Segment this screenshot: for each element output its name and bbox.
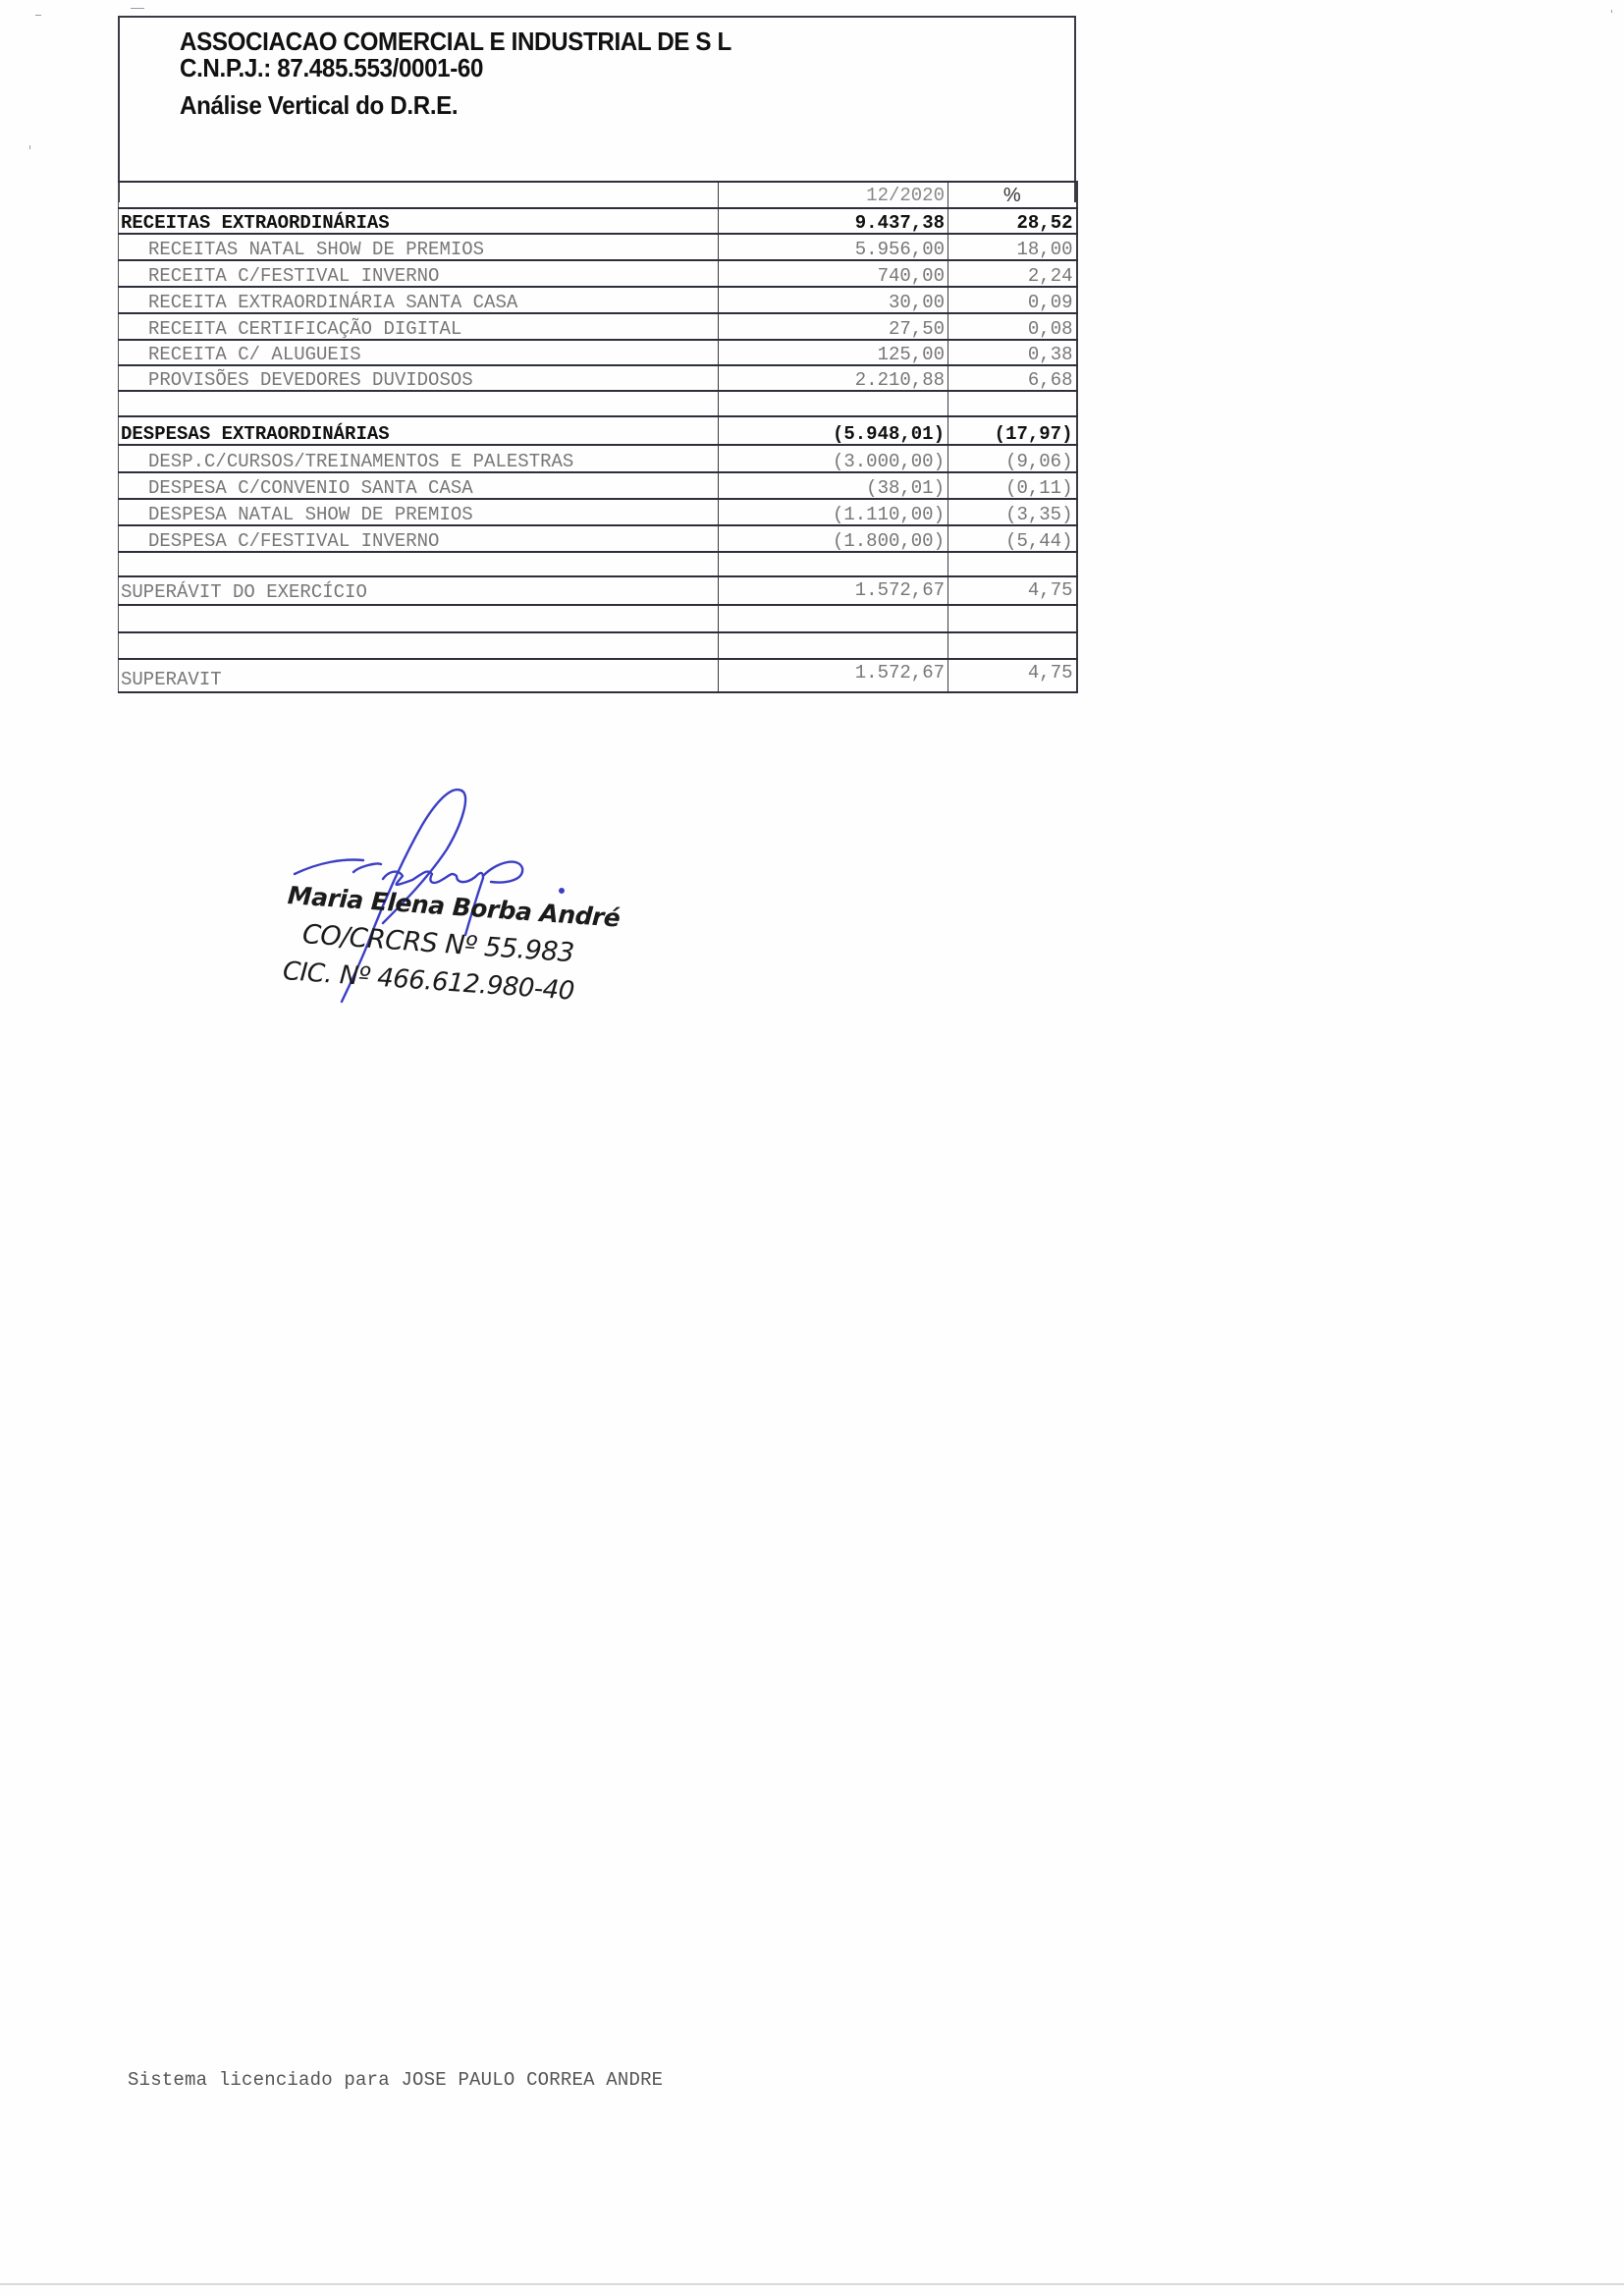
row-value: 9.437,38 (719, 208, 948, 234)
row-percent: 6,68 (948, 365, 1077, 391)
table-row: RECEITA C/FESTIVAL INVERNO740,002,24 (119, 260, 1077, 287)
row-label: DESP.C/CURSOS/TREINAMENTOS E PALESTRAS (119, 445, 719, 472)
row-label: DESPESAS EXTRAORDINÁRIAS (119, 416, 719, 445)
row-percent: 2,24 (948, 260, 1077, 287)
row-percent: (9,06) (948, 445, 1077, 472)
row-value: 125,00 (719, 340, 948, 365)
company-cnpj: C.N.P.J.: 87.485.553/0001-60 (180, 53, 483, 83)
row-label (119, 552, 719, 576)
row-percent: (17,97) (948, 416, 1077, 445)
row-label: RECEITA C/FESTIVAL INVERNO (119, 260, 719, 287)
row-value: (1.800,00) (719, 525, 948, 552)
row-percent: 0,09 (948, 287, 1077, 313)
column-header-period: 12/2020 (719, 182, 948, 208)
row-label: SUPERAVIT (119, 659, 719, 692)
row-label: RECEITA C/ ALUGUEIS (119, 340, 719, 365)
table-header-row: 12/2020 % (119, 182, 1077, 208)
row-percent: (0,11) (948, 472, 1077, 499)
row-label: PROVISÕES DEVEDORES DUVIDOSOS (119, 365, 719, 391)
row-value: 740,00 (719, 260, 948, 287)
scan-edge-line (0, 2283, 1624, 2285)
row-percent: 0,08 (948, 313, 1077, 340)
row-percent: (5,44) (948, 525, 1077, 552)
table-spacer-row (119, 552, 1077, 576)
dre-vertical-analysis-table: 12/2020 % RECEITAS EXTRAORDINÁRIAS9.437,… (118, 181, 1078, 693)
row-label: RECEITAS EXTRAORDINÁRIAS (119, 208, 719, 234)
table-row: SUPERAVIT1.572,674,75 (119, 659, 1077, 692)
scan-artifact (1611, 10, 1612, 13)
row-label (119, 605, 719, 632)
table-spacer-row (119, 632, 1077, 659)
row-percent (948, 605, 1077, 632)
table-row: DESPESA NATAL SHOW DE PREMIOS(1.110,00)(… (119, 499, 1077, 525)
license-footer: Sistema licenciado para JOSE PAULO CORRE… (128, 2069, 663, 2091)
row-value: 30,00 (719, 287, 948, 313)
row-label: DESPESA C/FESTIVAL INVERNO (119, 525, 719, 552)
column-header-percent: % (948, 182, 1077, 208)
row-percent: 28,52 (948, 208, 1077, 234)
row-label: SUPERÁVIT DO EXERCÍCIO (119, 576, 719, 605)
scan-artifact (29, 145, 30, 149)
row-value: 1.572,67 (719, 659, 948, 692)
table-row: RECEITAS EXTRAORDINÁRIAS9.437,3828,52 (119, 208, 1077, 234)
table-row: DESPESA C/FESTIVAL INVERNO(1.800,00)(5,4… (119, 525, 1077, 552)
column-header-label (119, 182, 719, 208)
scan-artifact (35, 15, 41, 16)
row-percent (948, 552, 1077, 576)
row-label: RECEITA CERTIFICAÇÃO DIGITAL (119, 313, 719, 340)
row-value (719, 605, 948, 632)
row-percent: 4,75 (948, 659, 1077, 692)
row-value: 27,50 (719, 313, 948, 340)
table-spacer-row (119, 391, 1077, 416)
row-value (719, 391, 948, 416)
row-value: 1.572,67 (719, 576, 948, 605)
table-row: RECEITA EXTRAORDINÁRIA SANTA CASA30,000,… (119, 287, 1077, 313)
row-label: DESPESA NATAL SHOW DE PREMIOS (119, 499, 719, 525)
table-row: RECEITAS NATAL SHOW DE PREMIOS5.956,0018… (119, 234, 1077, 260)
row-percent: 0,38 (948, 340, 1077, 365)
row-percent (948, 391, 1077, 416)
row-label: RECEITAS NATAL SHOW DE PREMIOS (119, 234, 719, 260)
document-page: ASSOCIACAO COMERCIAL E INDUSTRIAL DE S L… (0, 0, 1624, 2296)
row-percent: 18,00 (948, 234, 1077, 260)
row-value: (38,01) (719, 472, 948, 499)
row-value: 2.210,88 (719, 365, 948, 391)
row-percent (948, 632, 1077, 659)
scan-artifact (131, 8, 144, 9)
table-row: PROVISÕES DEVEDORES DUVIDOSOS2.210,886,6… (119, 365, 1077, 391)
table-row: DESPESAS EXTRAORDINÁRIAS(5.948,01)(17,97… (119, 416, 1077, 445)
table-row: DESPESA C/CONVENIO SANTA CASA(38,01)(0,1… (119, 472, 1077, 499)
table-row: RECEITA CERTIFICAÇÃO DIGITAL27,500,08 (119, 313, 1077, 340)
row-value (719, 632, 948, 659)
row-value: (3.000,00) (719, 445, 948, 472)
table-row: RECEITA C/ ALUGUEIS125,000,38 (119, 340, 1077, 365)
row-label: RECEITA EXTRAORDINÁRIA SANTA CASA (119, 287, 719, 313)
row-value (719, 552, 948, 576)
report-title: Análise Vertical do D.R.E. (180, 90, 458, 121)
row-value: (1.110,00) (719, 499, 948, 525)
row-label (119, 632, 719, 659)
table-row: DESP.C/CURSOS/TREINAMENTOS E PALESTRAS(3… (119, 445, 1077, 472)
table-spacer-row (119, 605, 1077, 632)
row-percent: (3,35) (948, 499, 1077, 525)
row-label (119, 391, 719, 416)
row-value: (5.948,01) (719, 416, 948, 445)
row-label: DESPESA C/CONVENIO SANTA CASA (119, 472, 719, 499)
row-value: 5.956,00 (719, 234, 948, 260)
table-row: SUPERÁVIT DO EXERCÍCIO1.572,674,75 (119, 576, 1077, 605)
row-percent: 4,75 (948, 576, 1077, 605)
